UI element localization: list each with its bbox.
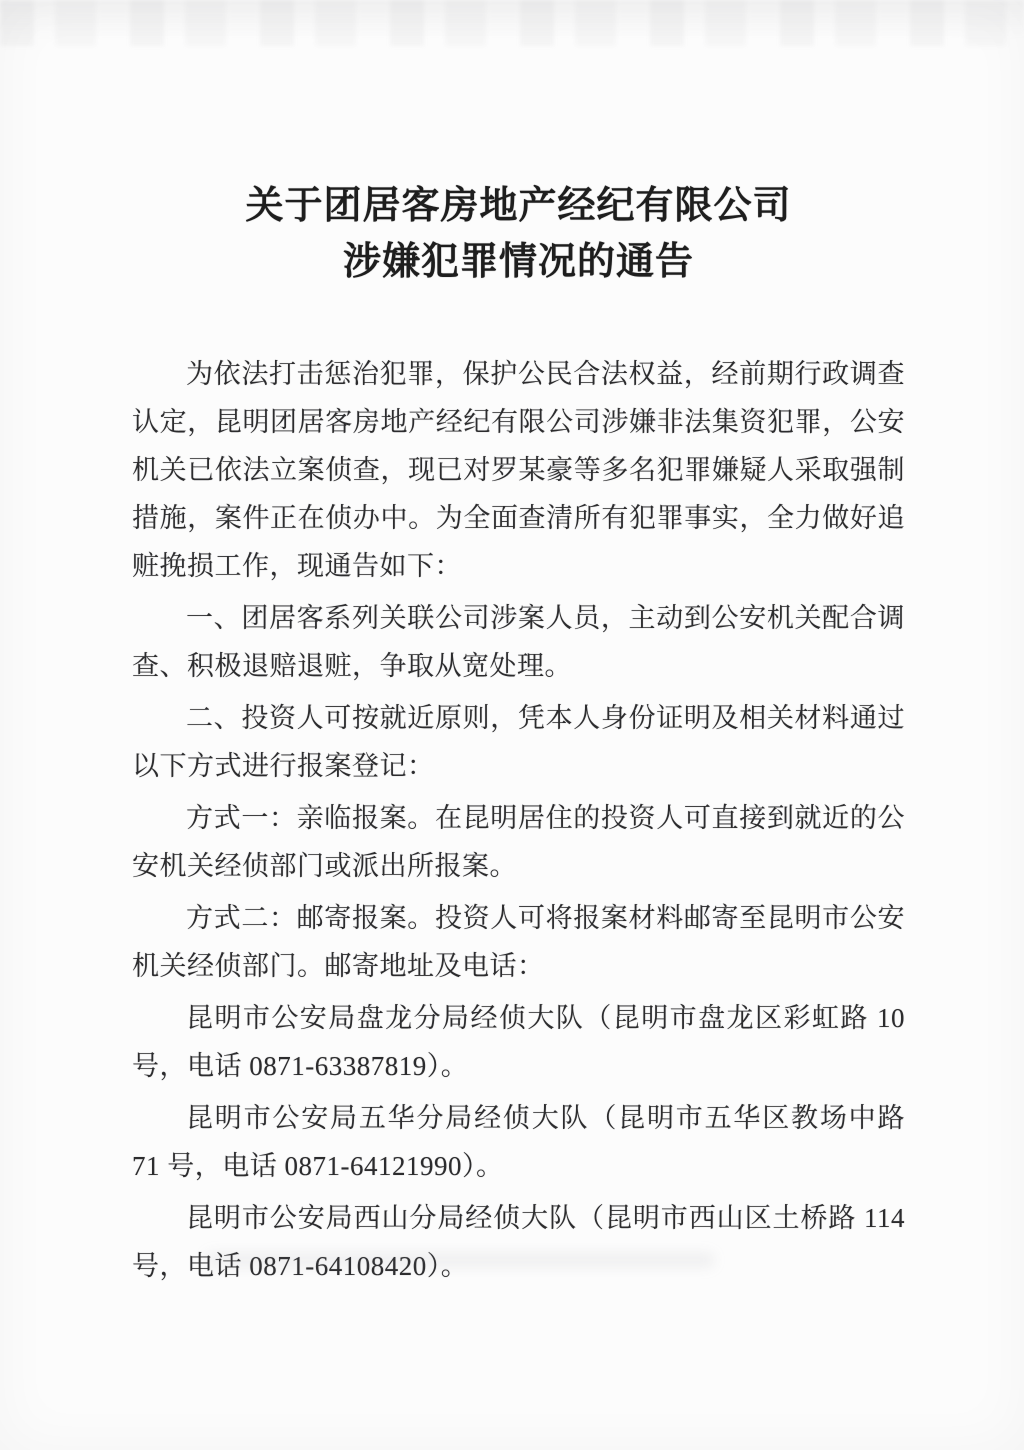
notice-document: 关于团居客房地产经纪有限公司 涉嫌犯罪情况的通告 为依法打击惩治犯罪，保护公民合… [0, 0, 1024, 1294]
notice-paragraph-method1: 方式一：亲临报案。在昆明居住的投资人可直接到就近的公安机关经侦部门或派出所报案。 [132, 794, 905, 890]
notice-title-line1: 关于团居客房地产经纪有限公司 [132, 178, 905, 234]
notice-title-line2: 涉嫌犯罪情况的通告 [132, 234, 905, 290]
notice-paragraph-address-xishan: 昆明市公安局西山分局经侦大队（昆明市西山区土桥路 114 号，电话 0871-6… [132, 1194, 905, 1290]
notice-title: 关于团居客房地产经纪有限公司 涉嫌犯罪情况的通告 [132, 178, 905, 290]
notice-paragraph-item2: 二、投资人可按就近原则，凭本人身份证明及相关材料通过以下方式进行报案登记： [132, 694, 905, 790]
notice-paragraph-address-wuhua: 昆明市公安局五华分局经侦大队（昆明市五华区教场中路 71 号，电话 0871-6… [132, 1094, 905, 1190]
notice-paragraph-intro: 为依法打击惩治犯罪，保护公民合法权益，经前期行政调查认定，昆明团居客房地产经纪有… [132, 350, 905, 590]
notice-body: 为依法打击惩治犯罪，保护公民合法权益，经前期行政调查认定，昆明团居客房地产经纪有… [132, 350, 905, 1290]
notice-paragraph-address-panlong: 昆明市公安局盘龙分局经侦大队（昆明市盘龙区彩虹路 10 号，电话 0871-63… [132, 994, 905, 1090]
scanned-notice-page: 关于团居客房地产经纪有限公司 涉嫌犯罪情况的通告 为依法打击惩治犯罪，保护公民合… [0, 0, 1024, 1450]
notice-paragraph-method2: 方式二：邮寄报案。投资人可将报案材料邮寄至昆明市公安机关经侦部门。邮寄地址及电话… [132, 894, 905, 990]
notice-paragraph-item1: 一、团居客系列关联公司涉案人员，主动到公安机关配合调查、积极退赔退赃，争取从宽处… [132, 594, 905, 690]
